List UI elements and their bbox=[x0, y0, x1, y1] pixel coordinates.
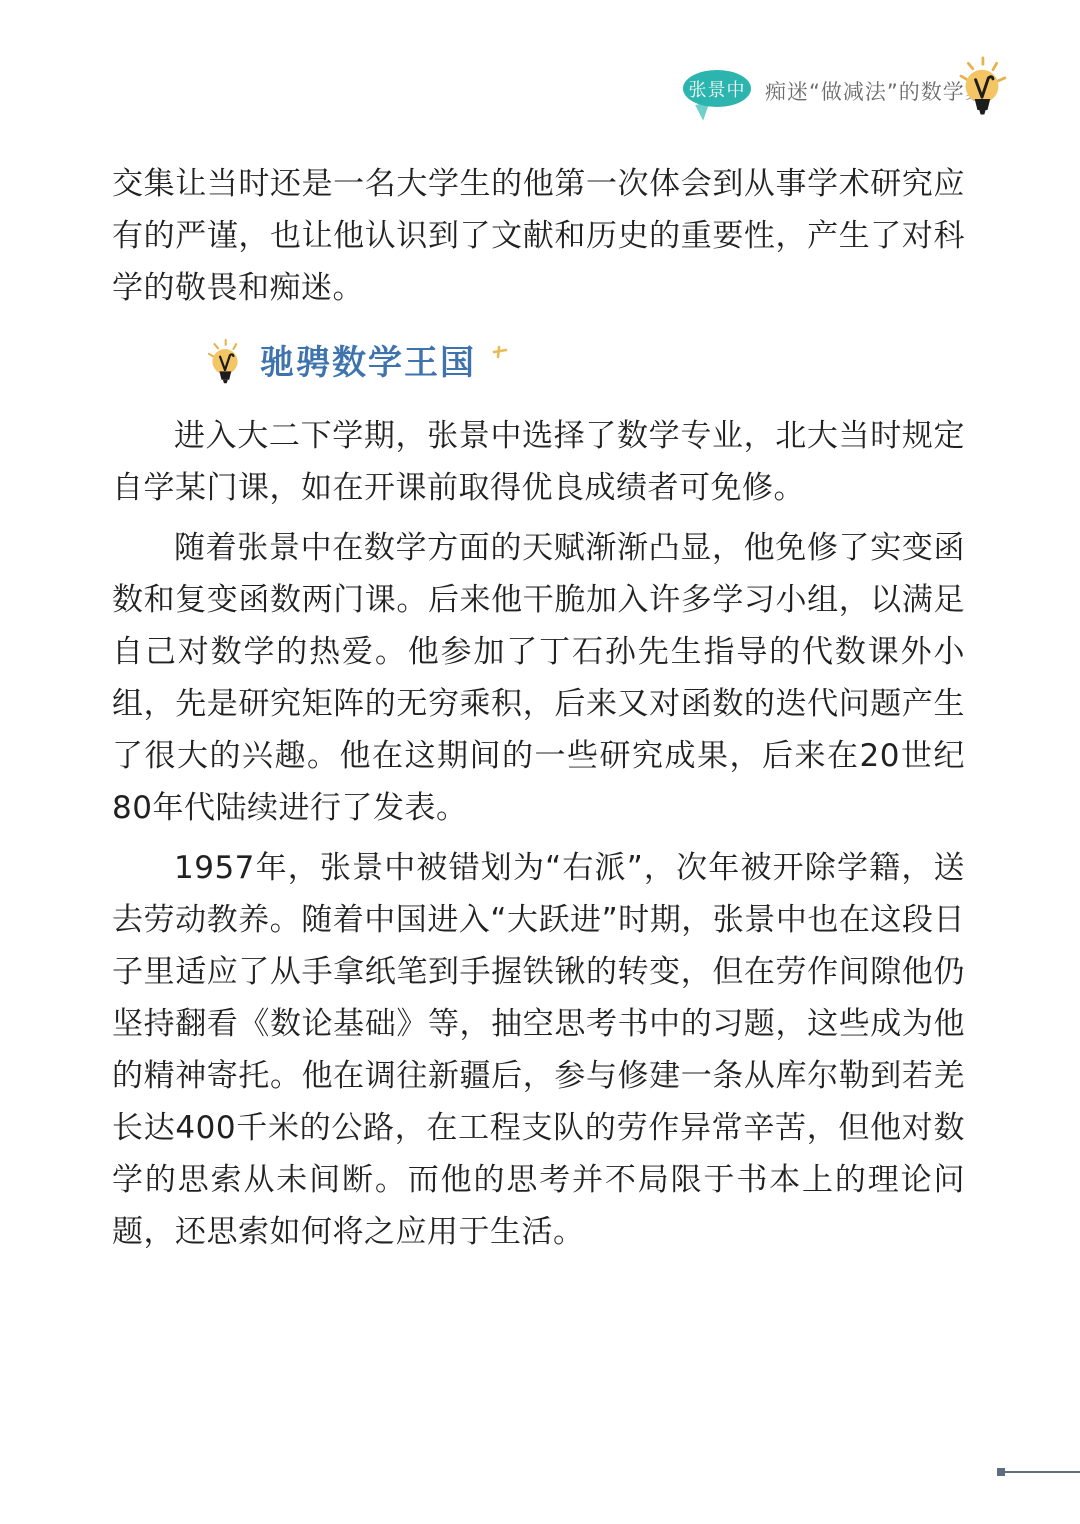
paragraph: 交集让当时还是一名大学生的他第一次体会到从事学术研究应有的严谨，也让他认识到了文… bbox=[112, 158, 965, 314]
paragraph: 进入大二下学期，张景中选择了数学专业，北大当时规定自学某门课，如在开课前取得优良… bbox=[112, 410, 965, 514]
footer-rule-line bbox=[1005, 1471, 1080, 1473]
lightbulb-icon bbox=[204, 338, 246, 388]
footer-rule-dot bbox=[997, 1468, 1005, 1476]
paragraph: 随着张景中在数学方面的天赋渐渐凸显，他免修了实变函数和复变函数两门课。后来他干脆… bbox=[112, 522, 965, 834]
header-name-bubble: 张景中 bbox=[683, 70, 751, 107]
section-heading-row: 驰骋数学王国 bbox=[112, 338, 965, 388]
sparkle-icon bbox=[490, 345, 510, 365]
lightbulb-icon bbox=[953, 56, 1011, 120]
section-heading: 驰骋数学王国 bbox=[260, 343, 476, 384]
paragraph: 1957年，张景中被错划为“右派”，次年被开除学籍，送去劳动教养。随着中国进入“… bbox=[112, 842, 965, 1258]
book-page: 张景中 痴迷“做减法”的数学家 交集让当时还是一名大学生的他第一次体会到从事学术… bbox=[0, 0, 1080, 1524]
header-name-label: 张景中 bbox=[689, 76, 746, 102]
page-body-text: 交集让当时还是一名大学生的他第一次体会到从事学术研究应有的严谨，也让他认识到了文… bbox=[112, 158, 965, 1266]
